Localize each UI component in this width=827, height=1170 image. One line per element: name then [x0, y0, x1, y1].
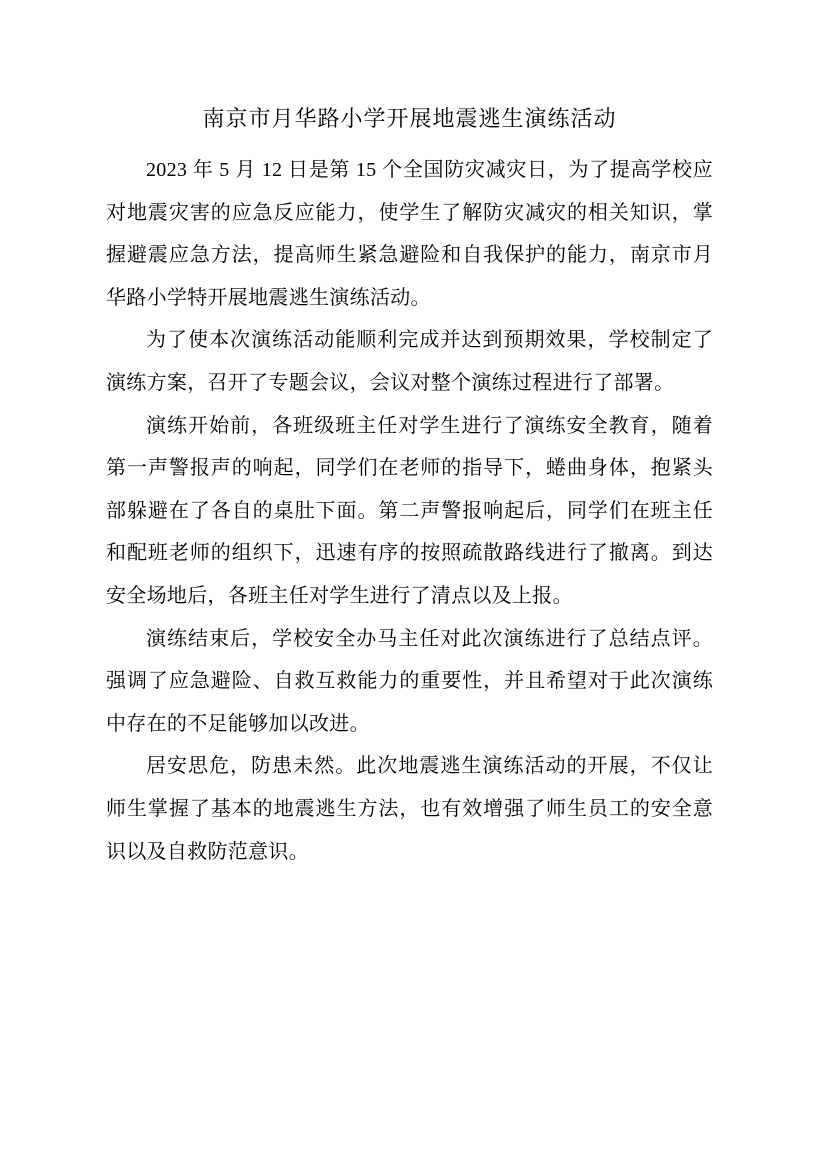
paragraph-drill-process: 演练开始前，各班级班主任对学生进行了演练安全教育，随着第一声警报声的响起，同学们…	[106, 405, 713, 618]
document-title: 南京市月华路小学开展地震逃生演练活动	[106, 97, 713, 140]
paragraph-conclusion: 居安思危，防患未然。此次地震逃生演练活动的开展，不仅让师生掌握了基本的地震逃生方…	[106, 745, 713, 873]
paragraph-preparation: 为了使本次演练活动能顺利完成并达到预期效果，学校制定了演练方案，召开了专题会议，…	[106, 319, 713, 404]
paragraph-intro: 2023 年 5 月 12 日是第 15 个全国防灾减灾日，为了提高学校应对地震…	[106, 149, 713, 319]
document-page: 南京市月华路小学开展地震逃生演练活动 2023 年 5 月 12 日是第 15 …	[0, 0, 827, 1170]
paragraph-summary-review: 演练结束后，学校安全办马主任对此次演练进行了总结点评。强调了应急避险、自救互救能…	[106, 618, 713, 746]
